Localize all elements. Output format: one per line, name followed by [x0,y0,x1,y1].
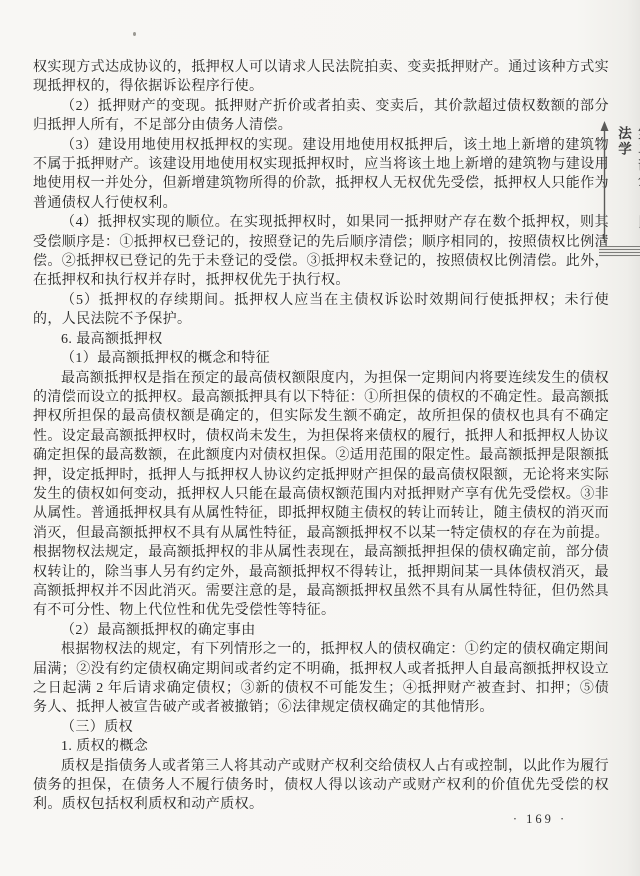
body-paragraph: 质权是指债务人或者第三人将其动产或财产权利交给债权人占有或控制，以此作为履行债务… [33,757,609,815]
body-paragraph: （3）建设用地使用权抵押权的实现。建设用地使用权抵押后，该土地上新增的建筑物不属… [33,136,609,214]
scanned-book-page: 权实现方式达成协议的，抵押权人可以请求人民法院拍卖、变卖抵押财产。通过该种方式实… [0,0,640,876]
up-arrow-icon [599,121,610,243]
heading-max-mortgage: 6. 最高额抵押权 [33,330,609,349]
page-number: · 169 · [470,812,610,827]
body-paragraph: 根据物权法的规定，有下列情形之一的，抵押权人的债权确定：①约定的债权确定期间届满… [33,640,609,718]
heading-determination-causes: （2）最高额抵押权的确定事由 [33,621,609,640]
page-body-text: 权实现方式达成协议的，抵押权人可以请求人民法院拍卖、变卖抵押财产。通过该种方式实… [33,58,609,815]
body-paragraph: （5）抵押权的存续期间。抵押权人应当在主债权诉讼时效期间行使抵押权；未行使的，人… [33,291,609,330]
section-tab-labels: 第二部分 民法学 [613,126,640,238]
body-paragraph: （4）抵押权实现的顺位。在实现抵押权时，如果同一抵押财产存在数个抵押权，则其受偿… [33,213,609,291]
tab-hatch-mark [599,246,640,257]
part-label: 第二部分 [636,126,640,188]
body-paragraph: （2）抵押财产的变现。抵押财产折价或者拍卖、变卖后，其价款超过债权数额的部分归抵… [33,97,609,136]
section-tab: 第二部分 民法学 [599,120,640,257]
scan-speck-artifact [133,32,136,36]
body-paragraph: 最高额抵押权是指在预定的最高债权额限度内，为担保一定期间内将要连续发生的债权的清… [33,369,609,621]
heading-concept-features: （1）最高额抵押权的概念和特征 [33,349,609,368]
heading-pledge-concept: 1. 质权的概念 [33,737,609,756]
section-tab-inner: 第二部分 民法学 [599,120,640,243]
heading-pledge: （三）质权 [33,718,609,737]
body-paragraph-continuation: 权实现方式达成协议的，抵押权人可以请求人民法院拍卖、变卖抵押财产。通过该种方式实… [33,58,609,97]
